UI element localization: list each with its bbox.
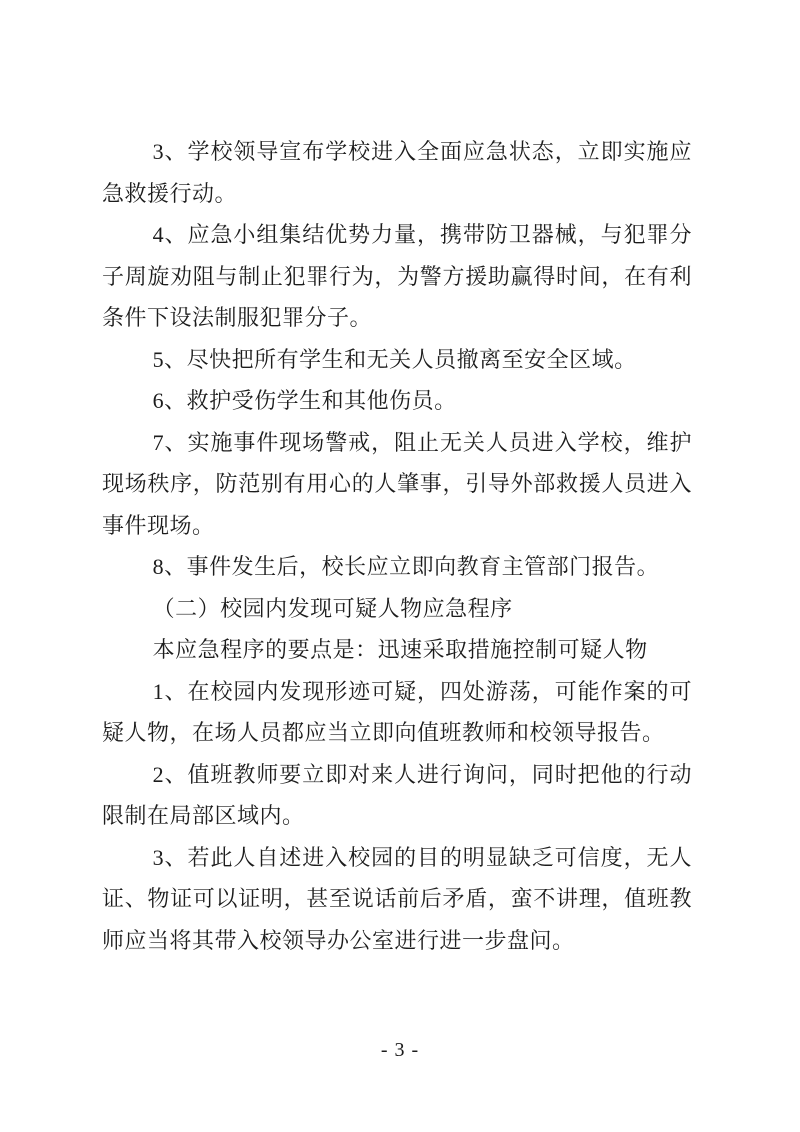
paragraph: 1、在校园内发现形迹可疑，四处游荡，可能作案的可疑人物，在场人员都应当立即向值班… [102, 671, 692, 754]
paragraph: （二）校园内发现可疑人物应急程序 [102, 588, 692, 630]
paragraph: 3、学校领导宣布学校进入全面应急状态，立即实施应急救援行动。 [102, 131, 692, 214]
paragraph: 3、若此人自述进入校园的目的明显缺乏可信度，无人证、物证可以证明，甚至说话前后矛… [102, 837, 692, 962]
paragraph: 8、事件发生后，校长应立即向教育主管部门报告。 [102, 546, 692, 588]
paragraph: 5、尽快把所有学生和无关人员撤离至安全区域。 [102, 339, 692, 381]
paragraph: 7、实施事件现场警戒，阻止无关人员进入学校，维护现场秩序，防范别有用心的人肇事，… [102, 422, 692, 547]
page-number: - 3 - [381, 1039, 419, 1061]
document-page: 3、学校领导宣布学校进入全面应急状态，立即实施应急救援行动。 4、应急小组集结优… [0, 0, 800, 1132]
document-body: 3、学校领导宣布学校进入全面应急状态，立即实施应急救援行动。 4、应急小组集结优… [102, 131, 692, 961]
paragraph: 4、应急小组集结优势力量，携带防卫器械，与犯罪分子周旋劝阻与制止犯罪行为，为警方… [102, 214, 692, 339]
paragraph: 6、救护受伤学生和其他伤员。 [102, 380, 692, 422]
paragraph: 2、值班教师要立即对来人进行询问，同时把他的行动限制在局部区域内。 [102, 754, 692, 837]
paragraph: 本应急程序的要点是：迅速采取措施控制可疑人物 [102, 629, 692, 671]
page-footer: - 3 - [0, 1036, 800, 1064]
